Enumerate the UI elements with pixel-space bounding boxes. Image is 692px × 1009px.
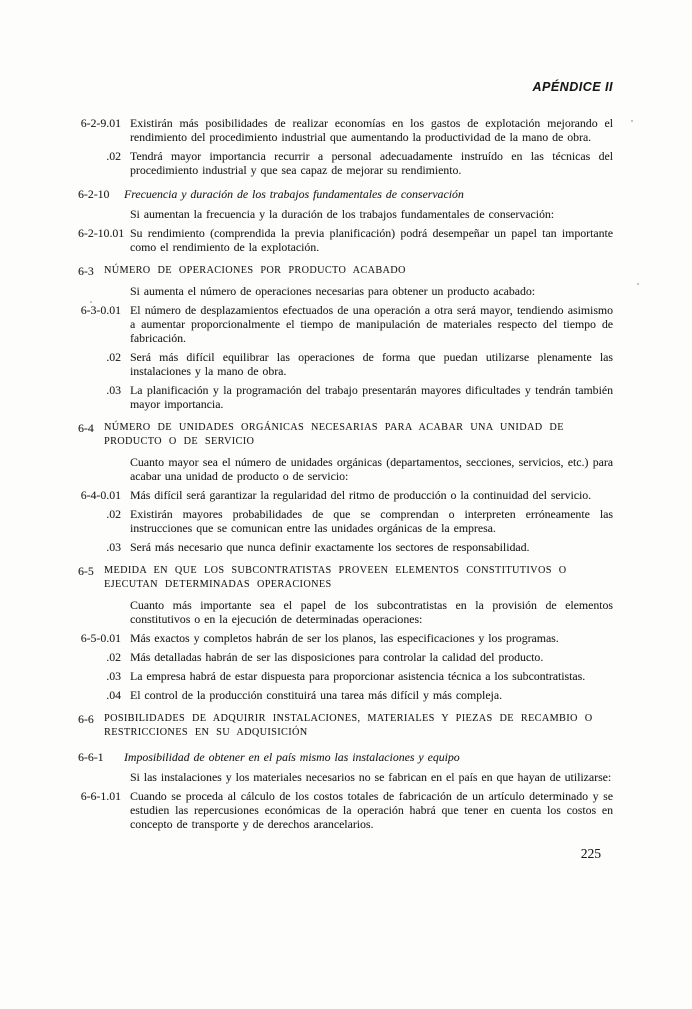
heading-number: 6-2-10 xyxy=(78,187,124,201)
clause-text: Más exactos y completos habrán de ser lo… xyxy=(130,631,613,645)
intro-paragraph: Cuanto mayor sea el número de unidades o… xyxy=(78,455,613,483)
clause-number: .04 xyxy=(78,688,130,702)
clause-text: Existirán más posibilidades de realizar … xyxy=(130,116,613,144)
clause-number: .03 xyxy=(78,540,130,554)
clause-6-6-1-01: 6-6-1.01 Cuando se proceda al cálculo de… xyxy=(78,789,613,831)
section-heading-6-6: 6-6 POSIBILIDADES DE ADQUIRIR INSTALACIO… xyxy=(78,712,613,740)
clause-number: 6-5-0.01 xyxy=(78,631,130,645)
clause-text: Tendrá mayor importancia recurrir a pers… xyxy=(130,149,613,177)
clause-number: .03 xyxy=(78,669,130,683)
heading-text: Frecuencia y duración de los trabajos fu… xyxy=(124,187,613,201)
section-heading-6-3: 6-3 NÚMERO DE OPERACIONES POR PRODUCTO A… xyxy=(78,264,613,278)
clause-text: Será más necesario que nunca definir exa… xyxy=(130,540,613,554)
clause-text: Será más difícil equilibrar las operacio… xyxy=(130,350,613,378)
clause-number: 6-3-0.01 xyxy=(78,303,130,317)
section-heading-6-5: 6-5 MEDIDA EN QUE LOS SUBCONTRATISTAS PR… xyxy=(78,564,613,592)
clause-6-3-0-02: .02 Será más difícil equilibrar las oper… xyxy=(78,350,613,378)
heading-text: MEDIDA EN QUE LOS SUBCONTRATISTAS PROVEE… xyxy=(104,564,613,592)
clause-text: Su rendimiento (comprendida la previa pl… xyxy=(130,226,613,254)
clause-6-4-0-03: .03 Será más necesario que nunca definir… xyxy=(78,540,613,554)
intro-text: Si las instalaciones y los materiales ne… xyxy=(130,770,613,784)
heading-text: NÚMERO DE OPERACIONES POR PRODUCTO ACABA… xyxy=(104,264,613,278)
heading-number: 6-6 xyxy=(78,712,104,726)
clause-text: El número de desplazamientos efectuados … xyxy=(130,303,613,345)
intro-paragraph: Si aumentan la frecuencia y la duración … xyxy=(78,207,613,221)
scanned-document-page: APÉNDICE II 6-2-9.01 Existirán más posib… xyxy=(0,0,692,1009)
clause-6-3-0-01: 6-3-0.01 El número de desplazamientos ef… xyxy=(78,303,613,345)
intro-paragraph: Si las instalaciones y los materiales ne… xyxy=(78,770,613,784)
clause-text: El control de la producción constituirá … xyxy=(130,688,613,702)
clause-text: La empresa habrá de estar dispuesta para… xyxy=(130,669,613,683)
subsection-heading-6-6-1: 6-6-1 Imposibilidad de obtener en el paí… xyxy=(78,750,613,764)
clause-text: Existirán mayores probabilidades de que … xyxy=(130,507,613,535)
heading-number: 6-5 xyxy=(78,564,104,578)
clause-number: 6-6-1.01 xyxy=(78,789,130,803)
heading-number: 6-4 xyxy=(78,421,104,435)
clause-6-5-0-03: .03 La empresa habrá de estar dispuesta … xyxy=(78,669,613,683)
clause-number: .03 xyxy=(78,383,130,397)
clause-number: .02 xyxy=(78,350,130,364)
scan-speckle xyxy=(90,301,92,303)
intro-text: Cuanto más importante sea el papel de lo… xyxy=(130,598,613,626)
clause-6-5-0-02: .02 Más detalladas habrán de ser las dis… xyxy=(78,650,613,664)
clause-text: La planificación y la programación del t… xyxy=(130,383,613,411)
clause-number: 6-4-0.01 xyxy=(78,488,130,502)
page-number: 225 xyxy=(78,846,613,862)
clause-number: 6-2-9.01 xyxy=(78,116,130,130)
clause-6-4-0-01: 6-4-0.01 Más difícil será garantizar la … xyxy=(78,488,613,502)
clause-number: .02 xyxy=(78,149,130,163)
section-heading-6-4: 6-4 NÚMERO DE UNIDADES ORGÁNICAS NECESAR… xyxy=(78,421,613,449)
clause-6-5-0-04: .04 El control de la producción constitu… xyxy=(78,688,613,702)
clause-6-2-9-02: .02 Tendrá mayor importancia recurrir a … xyxy=(78,149,613,177)
intro-text: Si aumenta el número de operaciones nece… xyxy=(130,284,613,298)
clause-6-3-0-03: .03 La planificación y la programación d… xyxy=(78,383,613,411)
clause-number: .02 xyxy=(78,650,130,664)
heading-number: 6-6-1 xyxy=(78,750,124,764)
clause-number: .02 xyxy=(78,507,130,521)
heading-text: Imposibilidad de obtener en el país mism… xyxy=(124,750,613,764)
heading-text: NÚMERO DE UNIDADES ORGÁNICAS NECESARIAS … xyxy=(104,421,613,449)
clause-6-4-0-02: .02 Existirán mayores probabilidades de … xyxy=(78,507,613,535)
heading-text: POSIBILIDADES DE ADQUIRIR INSTALACIONES,… xyxy=(104,712,613,740)
clause-number: 6-2-10.01 xyxy=(78,226,130,240)
heading-number: 6-3 xyxy=(78,264,104,278)
running-head-appendix: APÉNDICE II xyxy=(78,80,613,94)
clause-6-5-0-01: 6-5-0.01 Más exactos y completos habrán … xyxy=(78,631,613,645)
clause-text: Más detalladas habrán de ser las disposi… xyxy=(130,650,613,664)
clause-6-2-9-01: 6-2-9.01 Existirán más posibilidades de … xyxy=(78,116,613,144)
intro-text: Si aumentan la frecuencia y la duración … xyxy=(130,207,613,221)
subsection-heading-6-2-10: 6-2-10 Frecuencia y duración de los trab… xyxy=(78,187,613,201)
intro-text: Cuanto mayor sea el número de unidades o… xyxy=(130,455,613,483)
scan-speckle xyxy=(637,283,639,285)
scan-speckle xyxy=(631,120,633,122)
clause-text: Cuando se proceda al cálculo de los cost… xyxy=(130,789,613,831)
intro-paragraph: Si aumenta el número de operaciones nece… xyxy=(78,284,613,298)
clause-text: Más difícil será garantizar la regularid… xyxy=(130,488,613,502)
intro-paragraph: Cuanto más importante sea el papel de lo… xyxy=(78,598,613,626)
clause-6-2-10-01: 6-2-10.01 Su rendimiento (comprendida la… xyxy=(78,226,613,254)
